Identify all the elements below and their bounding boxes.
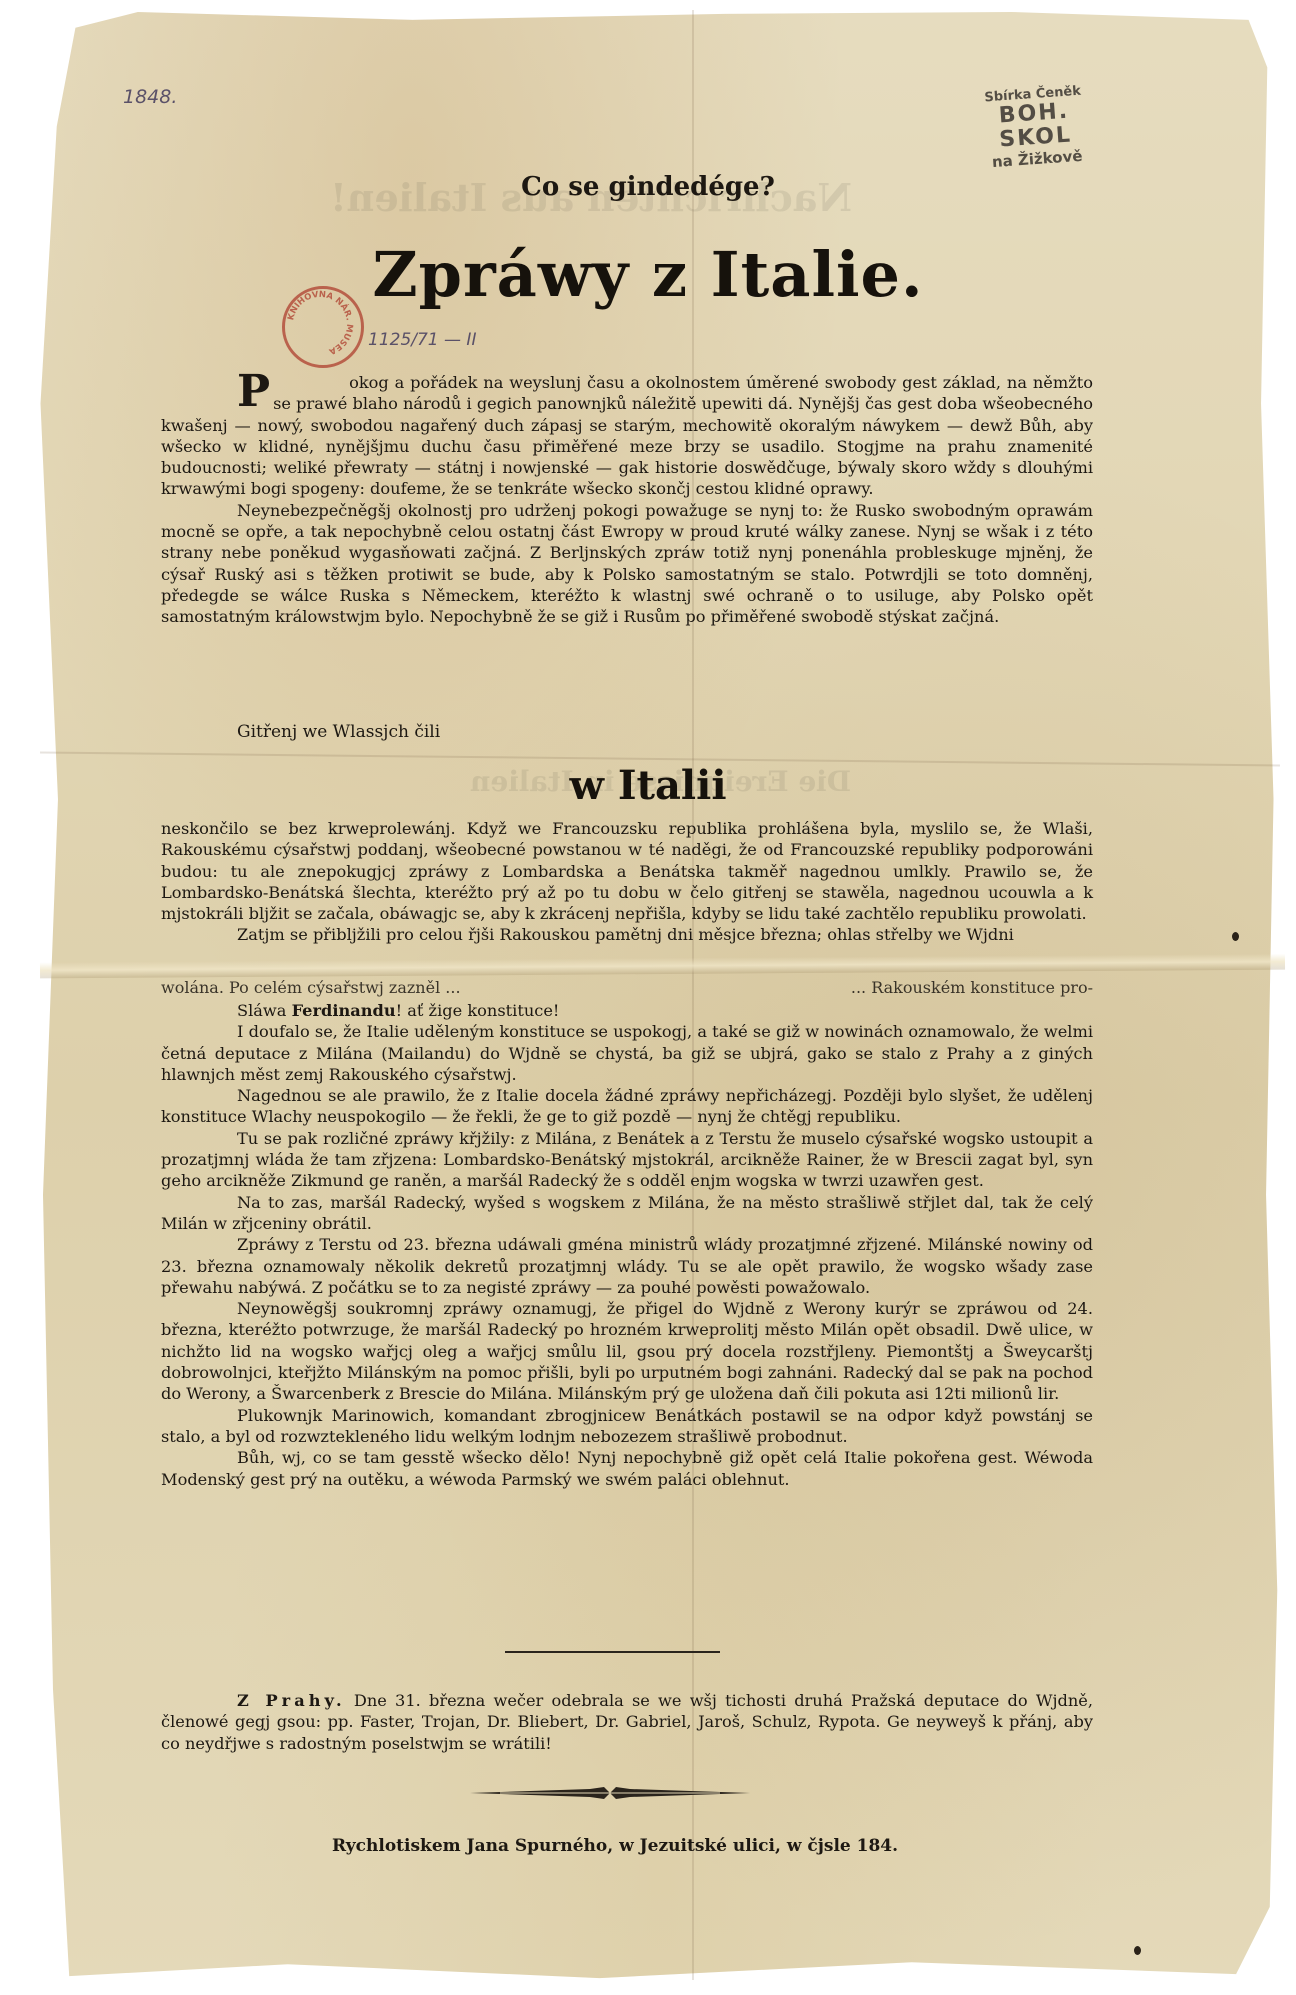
paragraph-news-6: Zpráwy z Terstu od 23. března udáwali gm… [161, 1234, 1093, 1298]
library-stamp-icon: KNIHOVNA NÁR. MUSEA [282, 286, 364, 368]
handwritten-year: 1848. [123, 86, 177, 108]
italy-section: neskončilo se bez krweprolewánj. Když we… [161, 818, 1093, 946]
section-heading-italy: w Italii [0, 762, 1296, 809]
intro-section: Pokog a pořádek na weyslunj času a okoln… [161, 372, 1093, 628]
svg-text:KNIHOVNA NÁR. MUSEA: KNIHOVNA NÁR. MUSEA [286, 290, 354, 357]
page-title: Zpráwy z Italie. [0, 238, 1296, 311]
paragraph-news-4: Tu se pak rozličné zpráwy křjžily: z Mil… [161, 1128, 1093, 1192]
prague-lead: Z Prahy. [237, 1691, 346, 1710]
fold-fragment-right: ... Rakouském konstituce pro- [851, 978, 1093, 997]
emphasized-name: Ferdinandu [292, 1001, 396, 1020]
paragraph-intro-1: Pokog a pořádek na weyslunj času a okoln… [161, 372, 1093, 500]
paragraph-news-1: Sláwa Ferdinandu! ať žige konstituce! [161, 1000, 1093, 1021]
kicker-heading: Co se gindedége? [0, 172, 1296, 202]
ownership-stamp: Sbírka Čeněk BOH. SKOL na Žižkově [957, 83, 1112, 172]
ornamental-divider-icon [470, 1786, 750, 1800]
paragraph-news-5: Na to zas, maršál Radecký, wyšed s wogsk… [161, 1192, 1093, 1235]
lead-in-text: Gitřenj we Wlassjch čili [237, 722, 440, 742]
drop-cap: P [161, 372, 270, 412]
prague-note: Z Prahy. Dne 31. března wečer odebrala s… [161, 1690, 1093, 1754]
news-section: Sláwa Ferdinandu! ať žige konstituce! I … [161, 1000, 1093, 1490]
paragraph-italy-2: Zatjm se přibljžili pro celou řjši Rakou… [161, 924, 1093, 945]
paragraph-news-2: I doufalo se, že Italie uděleným konstit… [161, 1021, 1093, 1085]
shelf-mark: 1125/71 — II [368, 330, 476, 350]
divider-rule [505, 1651, 720, 1653]
paragraph-news-7: Neynowěgšj soukromnj zpráwy oznamugj, že… [161, 1298, 1093, 1404]
ink-spot [1232, 932, 1239, 941]
paragraph-italy-1: neskončilo se bez krweprolewánj. Když we… [161, 818, 1093, 924]
paragraph-intro-2: Neynebezpečněgšj okolnostj pro udrženj p… [161, 500, 1093, 628]
fold-fragment-left: wolána. Po celém cýsařstwj zazněl ... [161, 978, 461, 997]
paragraph-news-8: Plukownjk Marinowich, komandant zbrogjni… [161, 1405, 1093, 1448]
ink-spot [1134, 1946, 1141, 1955]
paragraph-news-9: Bůh, wj, co se tam gesstě wšecko dělo! N… [161, 1447, 1093, 1490]
paragraph-news-3: Nagednou se ale prawilo, že z Italie doc… [161, 1085, 1093, 1128]
folded-line-fragment: wolána. Po celém cýsařstwj zazněl ... ..… [161, 978, 1093, 997]
printer-imprint: Rychlotiskem Jana Spurného, w Jezuitské … [0, 1836, 1230, 1856]
